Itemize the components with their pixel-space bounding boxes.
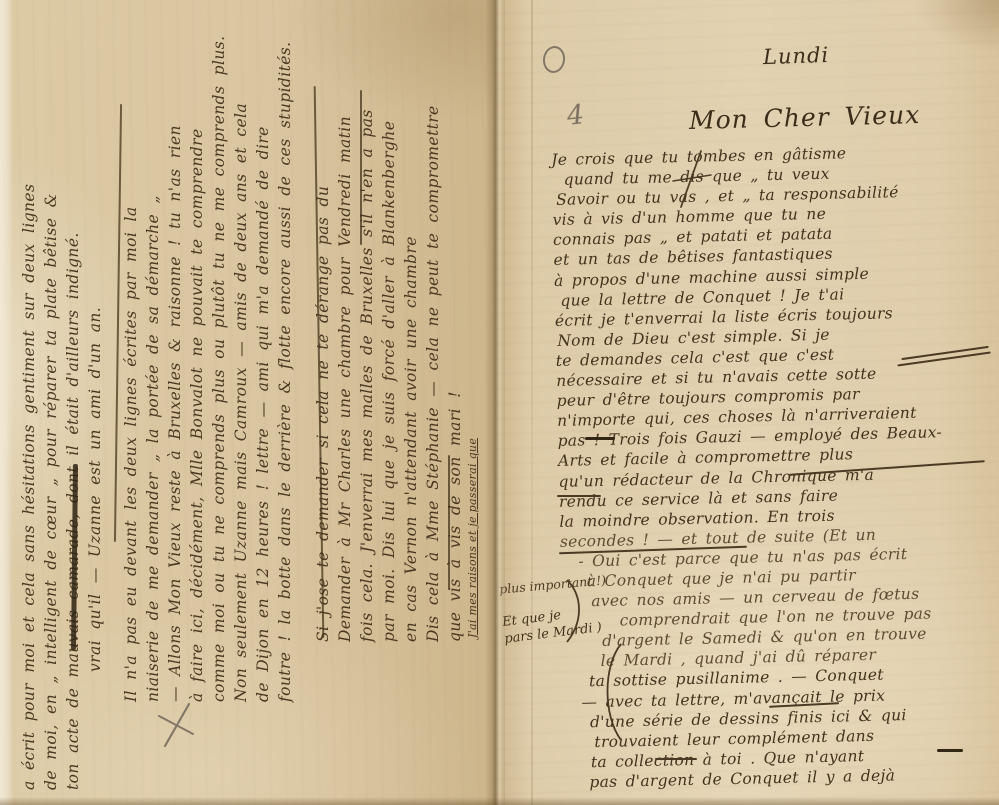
- letter-page-left: a écrit pour moi et cela sans hésitation…: [0, 0, 493, 805]
- handwritten-line: à faire ici, décidément, Mlle Bonvalot n…: [186, 20, 208, 702]
- handwritten-line: de moi, en „ intelligent de cœur „ pour …: [40, 20, 62, 790]
- handwritten-line: niaiserie de me demander „ la portée de …: [142, 20, 164, 702]
- handwritten-line: vrai qu'il — Uzanne est un ami d'un an.: [84, 20, 106, 672]
- page-fold-crease: [485, 0, 505, 805]
- handwritten-line: a écrit pour moi et cela sans hésitation…: [18, 20, 40, 790]
- left-paragraph-1: a écrit pour moi et cela sans hésitation…: [18, 20, 106, 790]
- handwritten-line: comme moi ou tu ne comprends plus ou plu…: [208, 20, 230, 702]
- handwritten-letter-scan: a écrit pour moi et cela sans hésitation…: [0, 0, 999, 805]
- pencil-cross-icon: [155, 700, 197, 750]
- handwritten-line: foutre ! la botte dans le derrière & flo…: [274, 20, 296, 702]
- handwritten-line: Non seulement Uzanne mais Camroux — amis…: [230, 20, 252, 702]
- underline-mme-stephanie: [448, 455, 450, 590]
- handwritten-line: Demander à Mr Charles une chambre pour V…: [334, 20, 356, 642]
- handwritten-line: ton acte de mauvais camarade, dont il ét…: [62, 20, 84, 790]
- handwritten-line: par moi. Dis lui que je suis forcé d'all…: [378, 20, 400, 642]
- handwritten-line: de Dijon en 12 heures ! lettre — ami qui…: [252, 20, 274, 702]
- paper-crease-line: [531, 0, 533, 805]
- letter-salutation: Mon Cher Vieux: [689, 100, 921, 135]
- underline-vendredi-matin: [360, 90, 362, 245]
- left-paragraph-2: Il n'a pas eu devant les deux lignes écr…: [120, 20, 296, 702]
- handwritten-line: — Allons Mon Vieux reste à Bruxelles & r…: [164, 20, 186, 702]
- handwritten-line: Dis cela à Mme Stéphanie — cela ne peut …: [422, 20, 444, 642]
- underline-a-toi: [655, 758, 697, 760]
- left-paragraph-3: Si j'ose te demander si cela ne te déran…: [312, 20, 466, 642]
- margin-brace-icon: [599, 642, 625, 742]
- scan-left-edge: [0, 0, 12, 805]
- strikethrough-fois: [585, 437, 615, 440]
- left-small-postscript: J'ai mes raisons et je passerai que: [466, 20, 479, 638]
- margin-brace-icon: [563, 578, 589, 644]
- handwritten-line: en cas Vernon n'attendant avoir une cham…: [400, 20, 422, 642]
- pencil-circle-mark: O: [541, 45, 567, 75]
- underline-arts: [557, 495, 601, 497]
- strikethrough-word: [937, 749, 963, 752]
- letter-date: Lundi: [763, 43, 830, 69]
- pencil-number-mark: 4: [565, 99, 585, 132]
- scan-bottom-edge: [0, 797, 999, 805]
- handwritten-line: Il n'a pas eu devant les deux lignes écr…: [120, 20, 142, 702]
- rotated-handwriting-block: a écrit pour moi et cela sans hésitation…: [18, 20, 488, 790]
- letter-page-right: O 4 Lundi Mon Cher Vieux Je crois que tu…: [493, 0, 999, 805]
